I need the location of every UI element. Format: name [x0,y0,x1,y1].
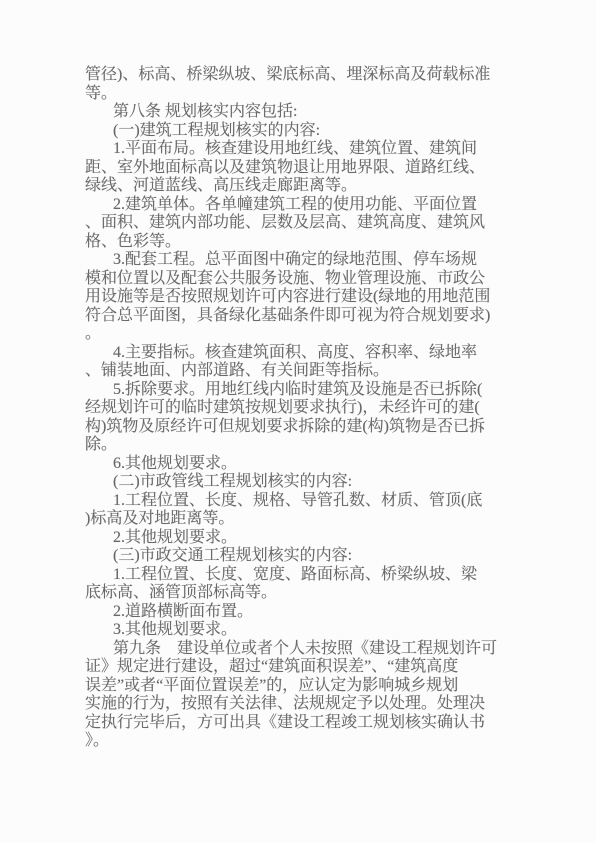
text-line: 6.其他规划要求。 [85,455,521,474]
text-line: 定执行完毕后，方可出具《建设工程竣工规划核实确认书 [85,714,521,733]
text-line: 2.建筑单体。各单幢建筑工程的使用功能、平面位置 [85,196,521,215]
text-line: 证》规定进行建设，超过“建筑面积误差”、“建筑高度 [85,658,521,677]
text-line: 模和位置以及配套公共服务设施、物业管理设施、市政公 [85,270,521,289]
document-text-block: 管径)、标高、桥梁纵坡、梁底标高、埋深标高及荷载标准等。第八条 规划核实内容包括… [85,66,521,751]
text-line: 绿线、河道蓝线、高压线走廊距离等。 [85,177,521,196]
text-line: 1.平面布局。核查建设用地红线、建筑位置、建筑间 [85,140,521,159]
text-line: 符合总平面图，具备绿化基础条件即可视为符合规划要求) [85,307,521,326]
text-line: 3.其他规划要求。 [85,621,521,640]
text-line: 第八条 规划核实内容包括: [85,103,521,122]
text-line: 经规划许可的临时建筑按规划要求执行)，未经许可的建( [85,399,521,418]
text-line: 5.拆除要求。用地红线内临时建筑及设施是否已拆除( [85,381,521,400]
text-line: 底标高、涵管顶部标高等。 [85,584,521,603]
text-line: (三)市政交通工程规划核实的内容: [85,547,521,566]
text-line: 等。 [85,85,521,104]
text-line: (一)建筑工程规划核实的内容: [85,122,521,141]
text-line: 除。 [85,436,521,455]
text-line: 第九条 建设单位或者个人未按照《建设工程规划许可 [85,640,521,659]
text-line: 4.主要指标。核查建筑面积、高度、容积率、绿地率 [85,344,521,363]
text-line: 误差”或者“平面位置误差”的，应认定为影响城乡规划 [85,677,521,696]
text-line: 用设施等是否按照规划许可内容进行建设(绿地的用地范围 [85,288,521,307]
text-line: 2.其他规划要求。 [85,529,521,548]
text-line: 》。 [85,732,521,751]
text-line: )标高及对地距离等。 [85,510,521,529]
text-line: 、面积、建筑内部功能、层数及层高、建筑高度、建筑风 [85,214,521,233]
text-line: 1.工程位置、长度、宽度、路面标高、桥梁纵坡、梁 [85,566,521,585]
text-line: 管径)、标高、桥梁纵坡、梁底标高、埋深标高及荷载标准 [85,66,521,85]
text-line: 2.道路横断面布置。 [85,603,521,622]
text-line: 距、室外地面标高以及建筑物退让用地界限、道路红线、 [85,159,521,178]
text-line: 实施的行为，按照有关法律、法规规定予以处理。处理决 [85,695,521,714]
text-line: 3.配套工程。总平面图中确定的绿地范围、停车场规 [85,251,521,270]
document-page: 管径)、标高、桥梁纵坡、梁底标高、埋深标高及荷载标准等。第八条 规划核实内容包括… [0,0,596,842]
text-line: 。 [85,325,521,344]
text-line: 、铺装地面、内部道路、有关间距等指标。 [85,362,521,381]
text-line: 格、色彩等。 [85,233,521,252]
text-line: (二)市政管线工程规划核实的内容: [85,473,521,492]
text-line: 构)筑物及原经许可但规划要求拆除的建(构)筑物是否已拆 [85,418,521,437]
text-line: 1.工程位置、长度、规格、导管孔数、材质、管顶(底 [85,492,521,511]
